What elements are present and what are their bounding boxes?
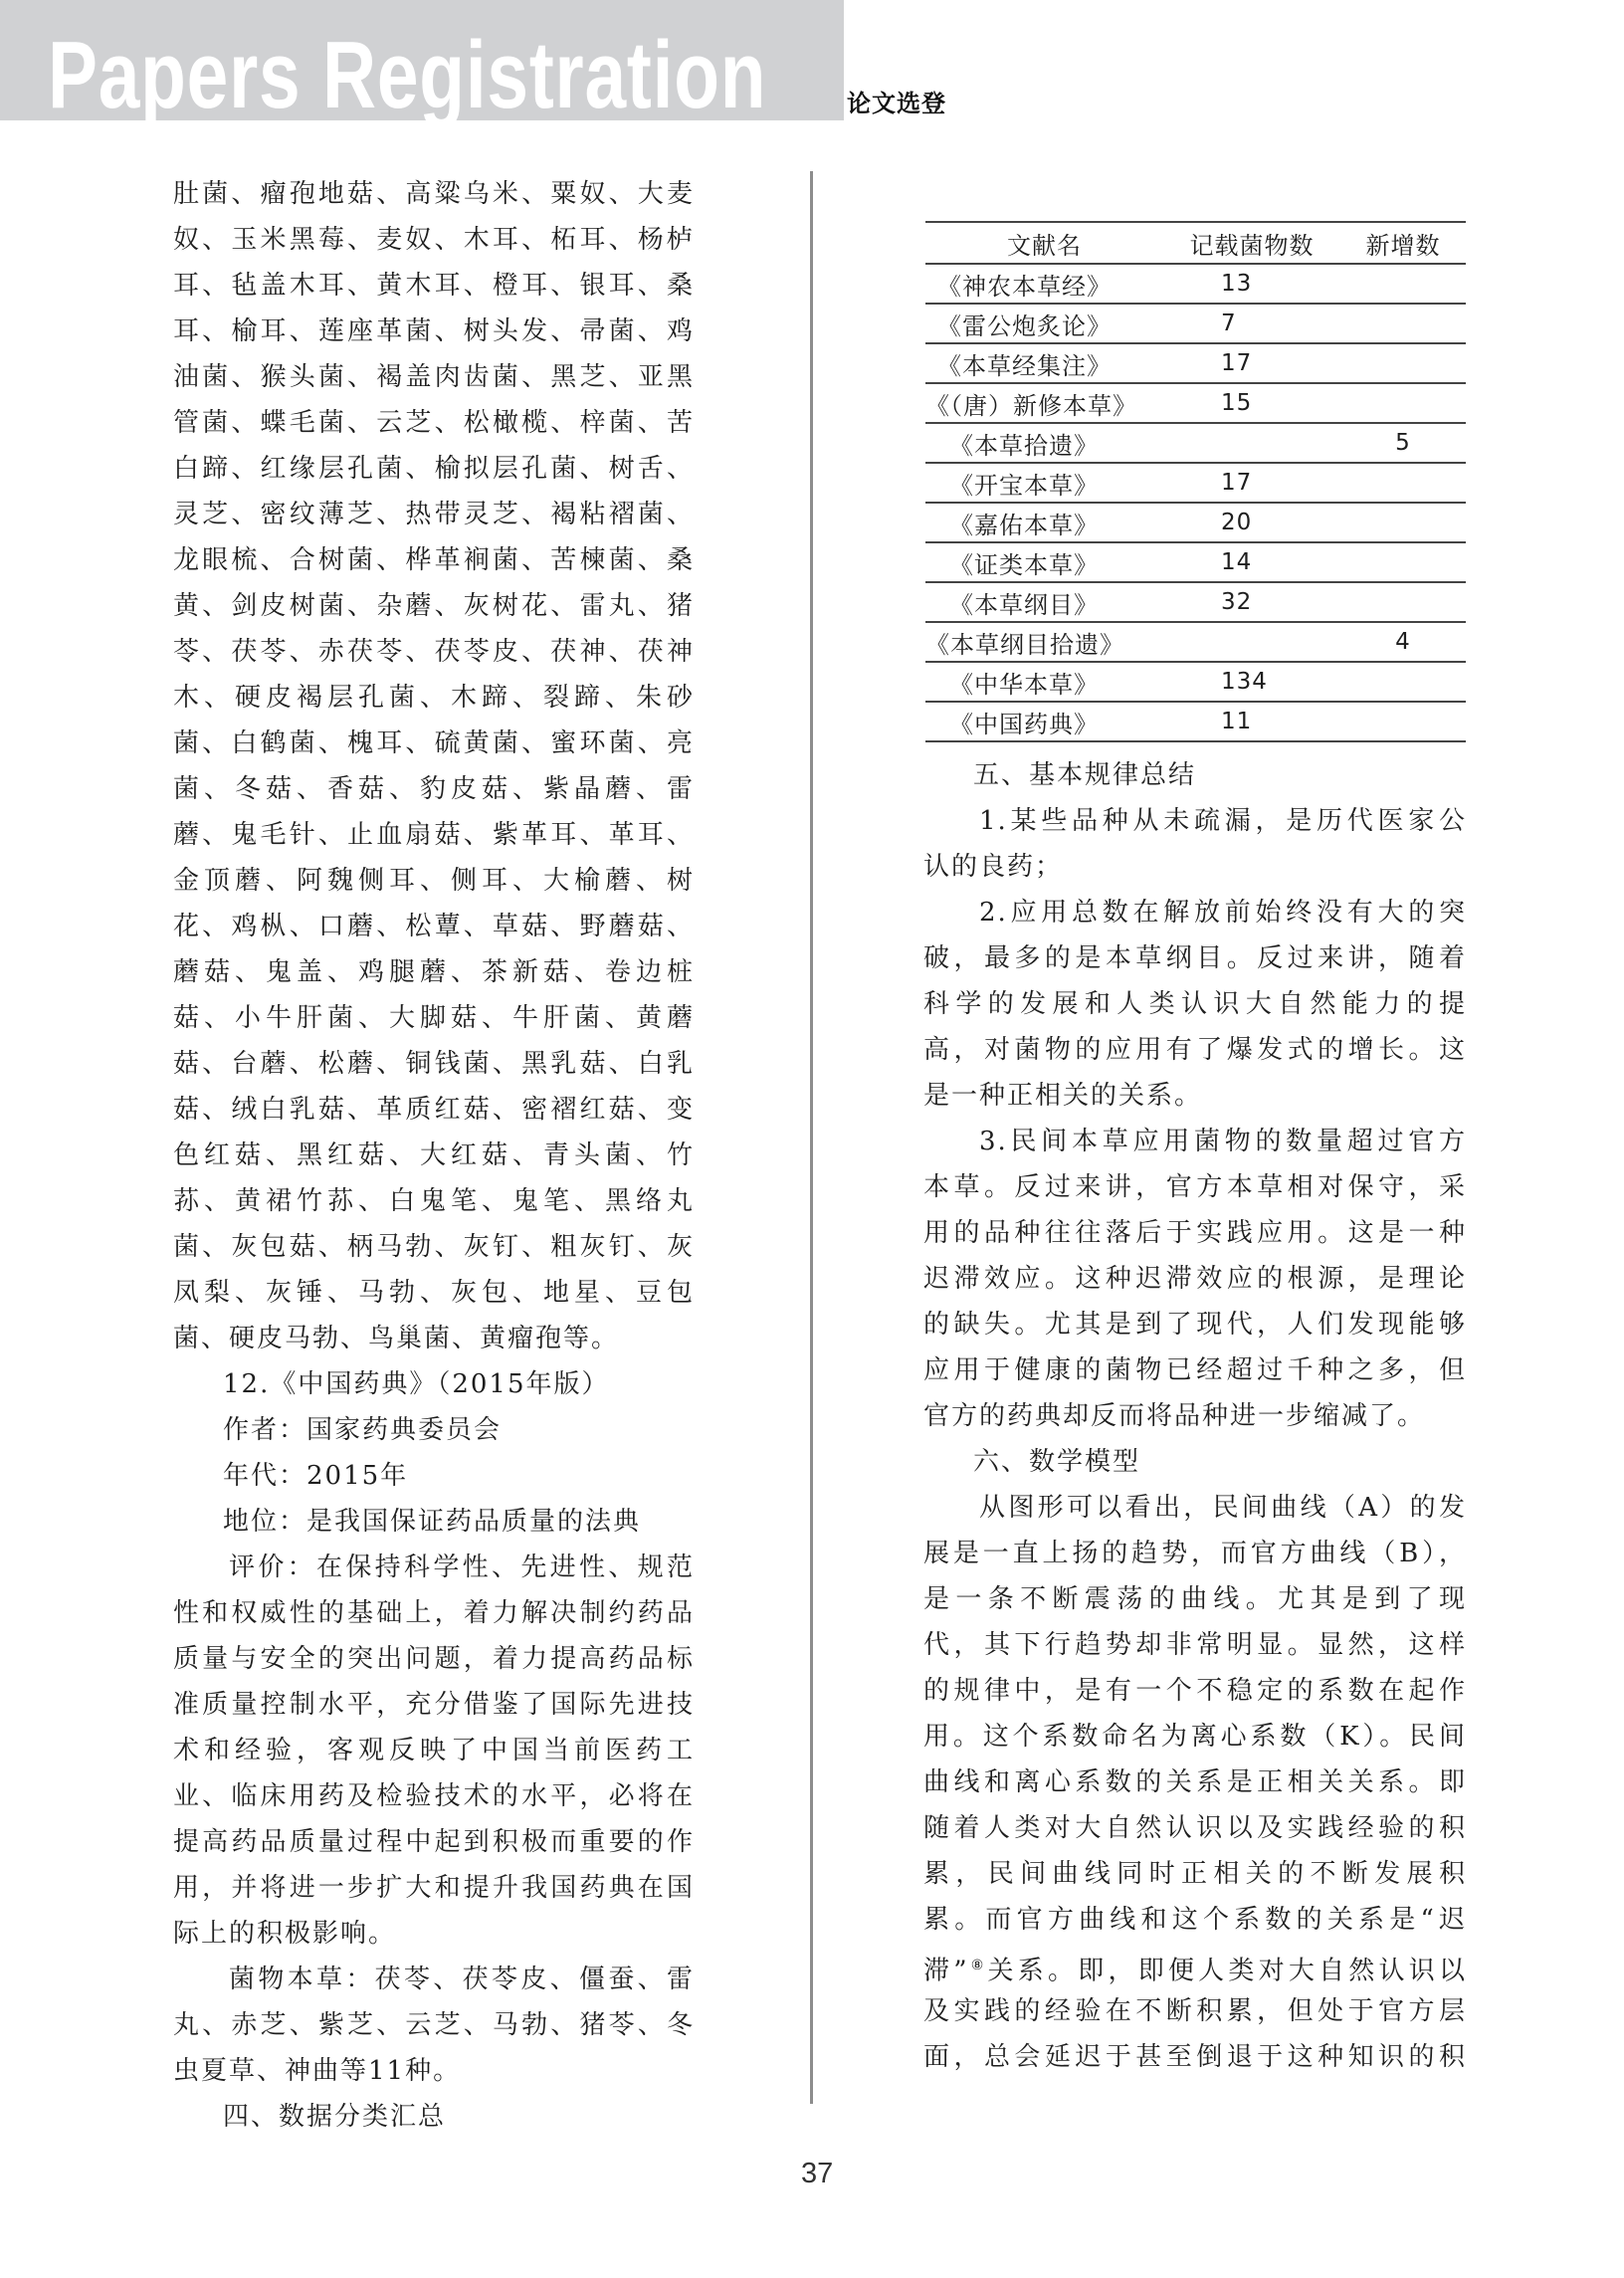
- text-line: 1.某些品种从未疏漏，是历代医家公: [923, 798, 1467, 844]
- text-line: 龙眼梳、合树菌、桦革裥菌、苦楝菌、桑: [173, 537, 695, 583]
- text-line: 菌、冬菇、香菇、豹皮菇、紫晶蘑、雷: [173, 766, 695, 812]
- book-title-cell: 《本草纲目》: [925, 582, 1163, 622]
- text-line: 用，并将进一步扩大和提升我国药典在国: [173, 1865, 695, 1911]
- added-count-cell: [1340, 383, 1466, 423]
- fungi-list-paragraph: 肚菌、瘤孢地菇、高粱乌米、粟奴、大麦 奴、玉米黑莓、麦奴、木耳、柘耳、杨栌 耳、…: [173, 171, 695, 1361]
- model-section: 六、数学模型 从图形可以看出，民间曲线（A）的发 展是一直上扬的趋势，而官方曲线…: [923, 1439, 1467, 2080]
- text-line: 用。这个系数命名为离心系数（K）。民间: [923, 1714, 1467, 1760]
- text-line: 虫夏草、神曲等11种。: [173, 2048, 695, 2094]
- text-line: 色红菇、黑红菇、大红菇、青头菌、竹: [173, 1133, 695, 1178]
- entry-status: 地位：是我国保证药品质量的法典: [173, 1499, 695, 1545]
- section-heading: 四、数据分类汇总: [173, 2094, 695, 2140]
- text-line: 荪、黄裙竹荪、白鬼笔、鬼笔、黑络丸: [173, 1178, 695, 1224]
- text-line: 术和经验，客观反映了中国当前医药工: [173, 1728, 695, 1773]
- table-row: 《神农本草经》13: [925, 264, 1466, 304]
- table-row: 《本草经集注》17: [925, 343, 1466, 383]
- table-row: 《中华本草》134: [925, 662, 1466, 702]
- added-count-cell: [1340, 503, 1466, 542]
- text-line: 从图形可以看出，民间曲线（A）的发: [923, 1485, 1467, 1531]
- entry-author: 作者：国家药典委员会: [173, 1407, 695, 1453]
- text-line: 的规律中，是有一个不稳定的系数在起作: [923, 1668, 1467, 1714]
- text-line: 科学的发展和人类认识大自然能力的提: [923, 981, 1467, 1027]
- recorded-count-cell: 134: [1163, 662, 1340, 702]
- recorded-count-cell: 7: [1163, 304, 1340, 343]
- text-line: 花、鸡枞、口蘑、松蕈、草菇、野蘑菇、: [173, 904, 695, 949]
- added-count-cell: [1340, 662, 1466, 702]
- text-fragment: 滞”: [923, 1957, 969, 1986]
- recorded-count-cell: 17: [1163, 463, 1340, 503]
- text-line: 菇、小牛肝菌、大脚菇、牛肝菌、黄蘑: [173, 995, 695, 1041]
- text-line: 应用于健康的菌物已经超过千种之多，但: [923, 1347, 1467, 1393]
- added-count-cell: [1340, 542, 1466, 582]
- text-line: 蘑、鬼毛针、止血扇菇、紫革耳、革耳、: [173, 812, 695, 858]
- text-line: 累。而官方曲线和这个系数的关系是“迟: [923, 1897, 1467, 1943]
- text-line: 奴、玉米黑莓、麦奴、木耳、柘耳、杨栌: [173, 217, 695, 263]
- column-header: 新增数: [1340, 222, 1466, 264]
- footnote-marker[interactable]: ⑧: [969, 1958, 988, 1973]
- text-line: 菌、硬皮马勃、鸟巢菌、黄瘤孢等。: [173, 1316, 695, 1361]
- text-line: 菇、绒白乳菇、革质红菇、密褶红菇、变: [173, 1087, 695, 1133]
- added-count-cell: 5: [1340, 423, 1466, 463]
- table-row: 《嘉佑本草》20: [925, 503, 1466, 542]
- text-line: 累，民间曲线同时正相关的不断发展积: [923, 1851, 1467, 1897]
- table-row: 《本草纲目》32: [925, 582, 1466, 622]
- text-line: 迟滞效应。这种迟滞效应的根源，是理论: [923, 1256, 1467, 1302]
- text-line: 菌物本草：茯苓、茯苓皮、僵蚕、雷: [173, 1957, 695, 2002]
- added-count-cell: [1340, 582, 1466, 622]
- text-line: 3.民间本草应用菌物的数量超过官方: [923, 1119, 1467, 1164]
- fungi-count-table: 文献名 记载菌物数 新增数 《神农本草经》13《雷公炮炙论》7《本草经集注》17…: [925, 221, 1466, 742]
- book-title-cell: 《中国药典》: [925, 702, 1163, 741]
- table-header-row: 文献名 记载菌物数 新增数: [925, 222, 1466, 264]
- text-line: 灵芝、密纹薄芝、热带灵芝、褐粘褶菌、: [173, 492, 695, 537]
- text-line: 业、临床用药及检验技术的水平，必将在: [173, 1773, 695, 1819]
- book-title-cell: 《本草纲目拾遗》: [925, 622, 1163, 662]
- text-fragment: 关系。即，即便人类对大自然认识以: [988, 1957, 1467, 1986]
- text-line: 金顶蘑、阿魏侧耳、侧耳、大榆蘑、树: [173, 858, 695, 904]
- section-heading: 六、数学模型: [923, 1439, 1467, 1485]
- table-body: 《神农本草经》13《雷公炮炙论》7《本草经集注》17《（唐）新修本草》15《本草…: [925, 264, 1466, 741]
- section-heading: 五、基本规律总结: [923, 752, 1467, 798]
- book-title-cell: 《雷公炮炙论》: [925, 304, 1163, 343]
- book-title-cell: 《（唐）新修本草》: [925, 383, 1163, 423]
- text-line: 官方的药典却反而将品种进一步缩减了。: [923, 1393, 1467, 1439]
- section-label: 论文选登: [847, 84, 946, 118]
- text-line: 油菌、猴头菌、褐盖肉齿菌、黑芝、亚黑: [173, 354, 695, 400]
- table-row: 《（唐）新修本草》15: [925, 383, 1466, 423]
- text-line: 及实践的经验在不断积累，但处于官方层: [923, 1988, 1467, 2034]
- text-line: 木、硬皮褐层孔菌、木蹄、裂蹄、朱砂: [173, 675, 695, 721]
- recorded-count-cell: 17: [1163, 343, 1340, 383]
- text-line: 准质量控制水平，充分借鉴了国际先进技: [173, 1682, 695, 1728]
- book-title-cell: 《嘉佑本草》: [925, 503, 1163, 542]
- book-title-cell: 《本草拾遗》: [925, 423, 1163, 463]
- text-line: 质量与安全的突出问题，着力提高药品标: [173, 1636, 695, 1682]
- table-row: 《开宝本草》17: [925, 463, 1466, 503]
- text-line: 2.应用总数在解放前始终没有大的突: [923, 890, 1467, 935]
- added-count-cell: 4: [1340, 622, 1466, 662]
- text-line: 苓、茯苓、赤茯苓、茯苓皮、茯神、茯神: [173, 629, 695, 675]
- entry-12: 12.《中国药典》（2015年版） 作者：国家药典委员会 年代：2015年 地位…: [173, 1361, 695, 2094]
- recorded-count-cell: 32: [1163, 582, 1340, 622]
- recorded-count-cell: 11: [1163, 702, 1340, 741]
- recorded-count-cell: 13: [1163, 264, 1340, 304]
- page-number: 37: [801, 2158, 833, 2190]
- text-line: 展是一直上扬的趋势，而官方曲线（B），: [923, 1531, 1467, 1576]
- journal-section-title: Papers Registration: [48, 26, 766, 125]
- text-line: 凤梨、灰锤、马勃、灰包、地星、豆包: [173, 1270, 695, 1316]
- text-line: 是一条不断震荡的曲线。尤其是到了现: [923, 1576, 1467, 1622]
- recorded-count-cell: 20: [1163, 503, 1340, 542]
- table-row: 《中国药典》11: [925, 702, 1466, 741]
- text-line-with-footnote: 滞”⑧关系。即，即便人类对大自然认识以: [923, 1943, 1467, 1988]
- text-line: 曲线和离心系数的关系是正相关关系。即: [923, 1760, 1467, 1805]
- recorded-count-cell: 15: [1163, 383, 1340, 423]
- left-column: 肚菌、瘤孢地菇、高粱乌米、粟奴、大麦 奴、玉米黑莓、麦奴、木耳、柘耳、杨栌 耳、…: [173, 171, 695, 2140]
- book-title-cell: 《证类本草》: [925, 542, 1163, 582]
- text-line: 丸、赤芝、紫芝、云芝、马勃、猪苓、冬: [173, 2002, 695, 2048]
- text-line: 际上的积极影响。: [173, 1911, 695, 1957]
- book-title-cell: 《本草经集注》: [925, 343, 1163, 383]
- text-line: 管菌、蝶毛菌、云芝、松橄榄、梓菌、苦: [173, 400, 695, 446]
- table-row: 《本草纲目拾遗》4: [925, 622, 1466, 662]
- added-count-cell: [1340, 463, 1466, 503]
- table-row: 《证类本草》14: [925, 542, 1466, 582]
- text-line: 菇、台蘑、松蘑、铜钱菌、黑乳菇、白乳: [173, 1041, 695, 1087]
- text-line: 提高药品质量过程中起到积极而重要的作: [173, 1819, 695, 1865]
- text-line: 耳、榆耳、莲座革菌、树头发、帚菌、鸡: [173, 309, 695, 354]
- entry-era: 年代：2015年: [173, 1453, 695, 1499]
- text-line: 随着人类对大自然认识以及实践经验的积: [923, 1805, 1467, 1851]
- text-line: 菌、灰包菇、柄马勃、灰钉、粗灰钉、灰: [173, 1224, 695, 1270]
- added-count-cell: [1340, 264, 1466, 304]
- entry-title: 12.《中国药典》（2015年版）: [173, 1361, 695, 1407]
- added-count-cell: [1340, 343, 1466, 383]
- text-line: 蘑菇、鬼盖、鸡腿蘑、茶新菇、卷边桩: [173, 949, 695, 995]
- table-row: 《本草拾遗》5: [925, 423, 1466, 463]
- text-line: 是一种正相关的关系。: [923, 1073, 1467, 1119]
- book-title-cell: 《中华本草》: [925, 662, 1163, 702]
- text-line: 代，其下行趋势却非常明显。显然，这样: [923, 1622, 1467, 1668]
- recorded-count-cell: [1163, 423, 1340, 463]
- column-header: 记载菌物数: [1163, 222, 1340, 264]
- text-line: 评价：在保持科学性、先进性、规范: [173, 1545, 695, 1590]
- table-row: 《雷公炮炙论》7: [925, 304, 1466, 343]
- text-line: 面，总会延迟于甚至倒退于这种知识的积: [923, 2034, 1467, 2080]
- recorded-count-cell: 14: [1163, 542, 1340, 582]
- text-line: 肚菌、瘤孢地菇、高粱乌米、粟奴、大麦: [173, 171, 695, 217]
- added-count-cell: [1340, 702, 1466, 741]
- text-line: 性和权威性的基础上，着力解决制约药品: [173, 1590, 695, 1636]
- column-header: 文献名: [925, 222, 1163, 264]
- added-count-cell: [1340, 304, 1466, 343]
- text-line: 耳、毡盖木耳、黄木耳、橙耳、银耳、桑: [173, 263, 695, 309]
- column-divider: [810, 171, 813, 2104]
- text-line: 黄、剑皮树菌、杂蘑、灰树花、雷丸、猪: [173, 583, 695, 629]
- book-title-cell: 《开宝本草》: [925, 463, 1163, 503]
- summary-section: 五、基本规律总结 1.某些品种从未疏漏，是历代医家公 认的良药； 2.应用总数在…: [923, 752, 1467, 1439]
- right-column: 文献名 记载菌物数 新增数 《神农本草经》13《雷公炮炙论》7《本草经集注》17…: [923, 221, 1467, 2080]
- text-line: 高，对菌物的应用有了爆发式的增长。这: [923, 1027, 1467, 1073]
- text-line: 认的良药；: [923, 844, 1467, 890]
- text-line: 菌、白鹤菌、槐耳、硫黄菌、蜜环菌、亮: [173, 721, 695, 766]
- book-title-cell: 《神农本草经》: [925, 264, 1163, 304]
- text-line: 破，最多的是本草纲目。反过来讲，随着: [923, 935, 1467, 981]
- text-line: 用的品种往往落后于实践应用。这是一种: [923, 1210, 1467, 1256]
- text-line: 白蹄、红缘层孔菌、榆拟层孔菌、树舌、: [173, 446, 695, 492]
- text-line: 本草。反过来讲，官方本草相对保守，采: [923, 1164, 1467, 1210]
- text-line: 的缺失。尤其是到了现代，人们发现能够: [923, 1302, 1467, 1347]
- recorded-count-cell: [1163, 622, 1340, 662]
